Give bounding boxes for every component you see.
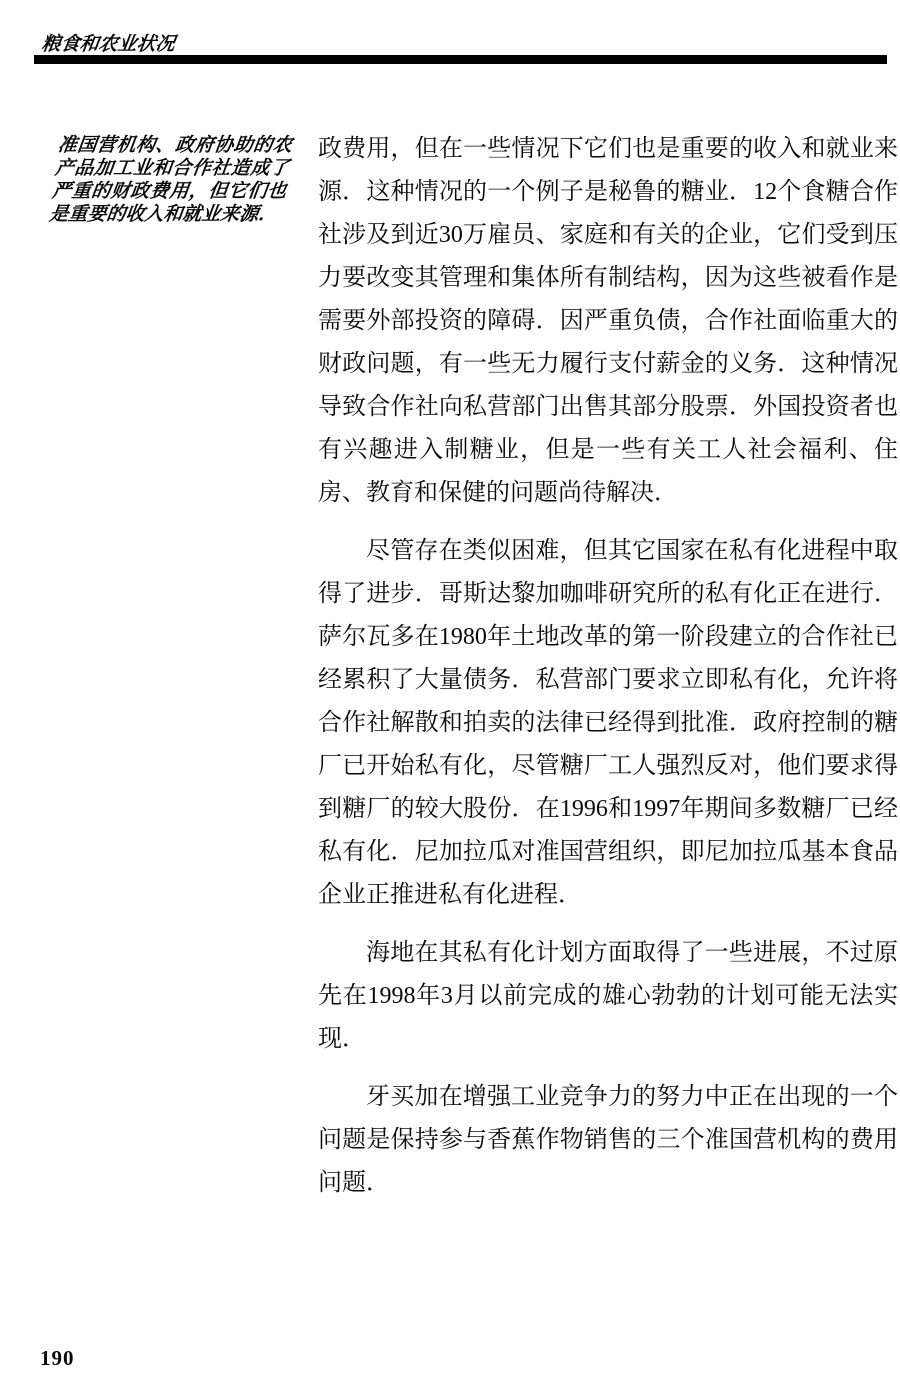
running-head-title: 粮食和农业状况 xyxy=(40,29,177,56)
paragraph: 海地在其私有化计划方面取得了一些进展，不过原先在1998年3月以前完成的雄心勃勃… xyxy=(318,932,898,1061)
paragraph-continued: 政费用，但在一些情况下它们也是重要的收入和就业来源．这种情况的一个例子是秘鲁的糖… xyxy=(318,128,898,515)
paragraph: 牙买加在增强工业竞争力的努力中正在出现的一个问题是保持参与香蕉作物销售的三个准国… xyxy=(318,1076,898,1205)
main-text-column: 政费用，但在一些情况下它们也是重要的收入和就业来源．这种情况的一个例子是秘鲁的糖… xyxy=(318,128,898,1220)
paragraph: 尽管存在类似困难，但其它国家在私有化进程中取得了进步．哥斯达黎加咖啡研究所的私有… xyxy=(318,530,898,917)
header-rule xyxy=(34,55,887,64)
document-page: 粮食和农业状况 准国营机构、政府协助的农产品加工业和合作社造成了严重的财政费用，… xyxy=(0,0,900,1400)
margin-note: 准国营机构、政府协助的农产品加工业和合作社造成了严重的财政费用，但它们也是重要的… xyxy=(48,134,293,226)
page-number: 190 xyxy=(40,1346,75,1371)
